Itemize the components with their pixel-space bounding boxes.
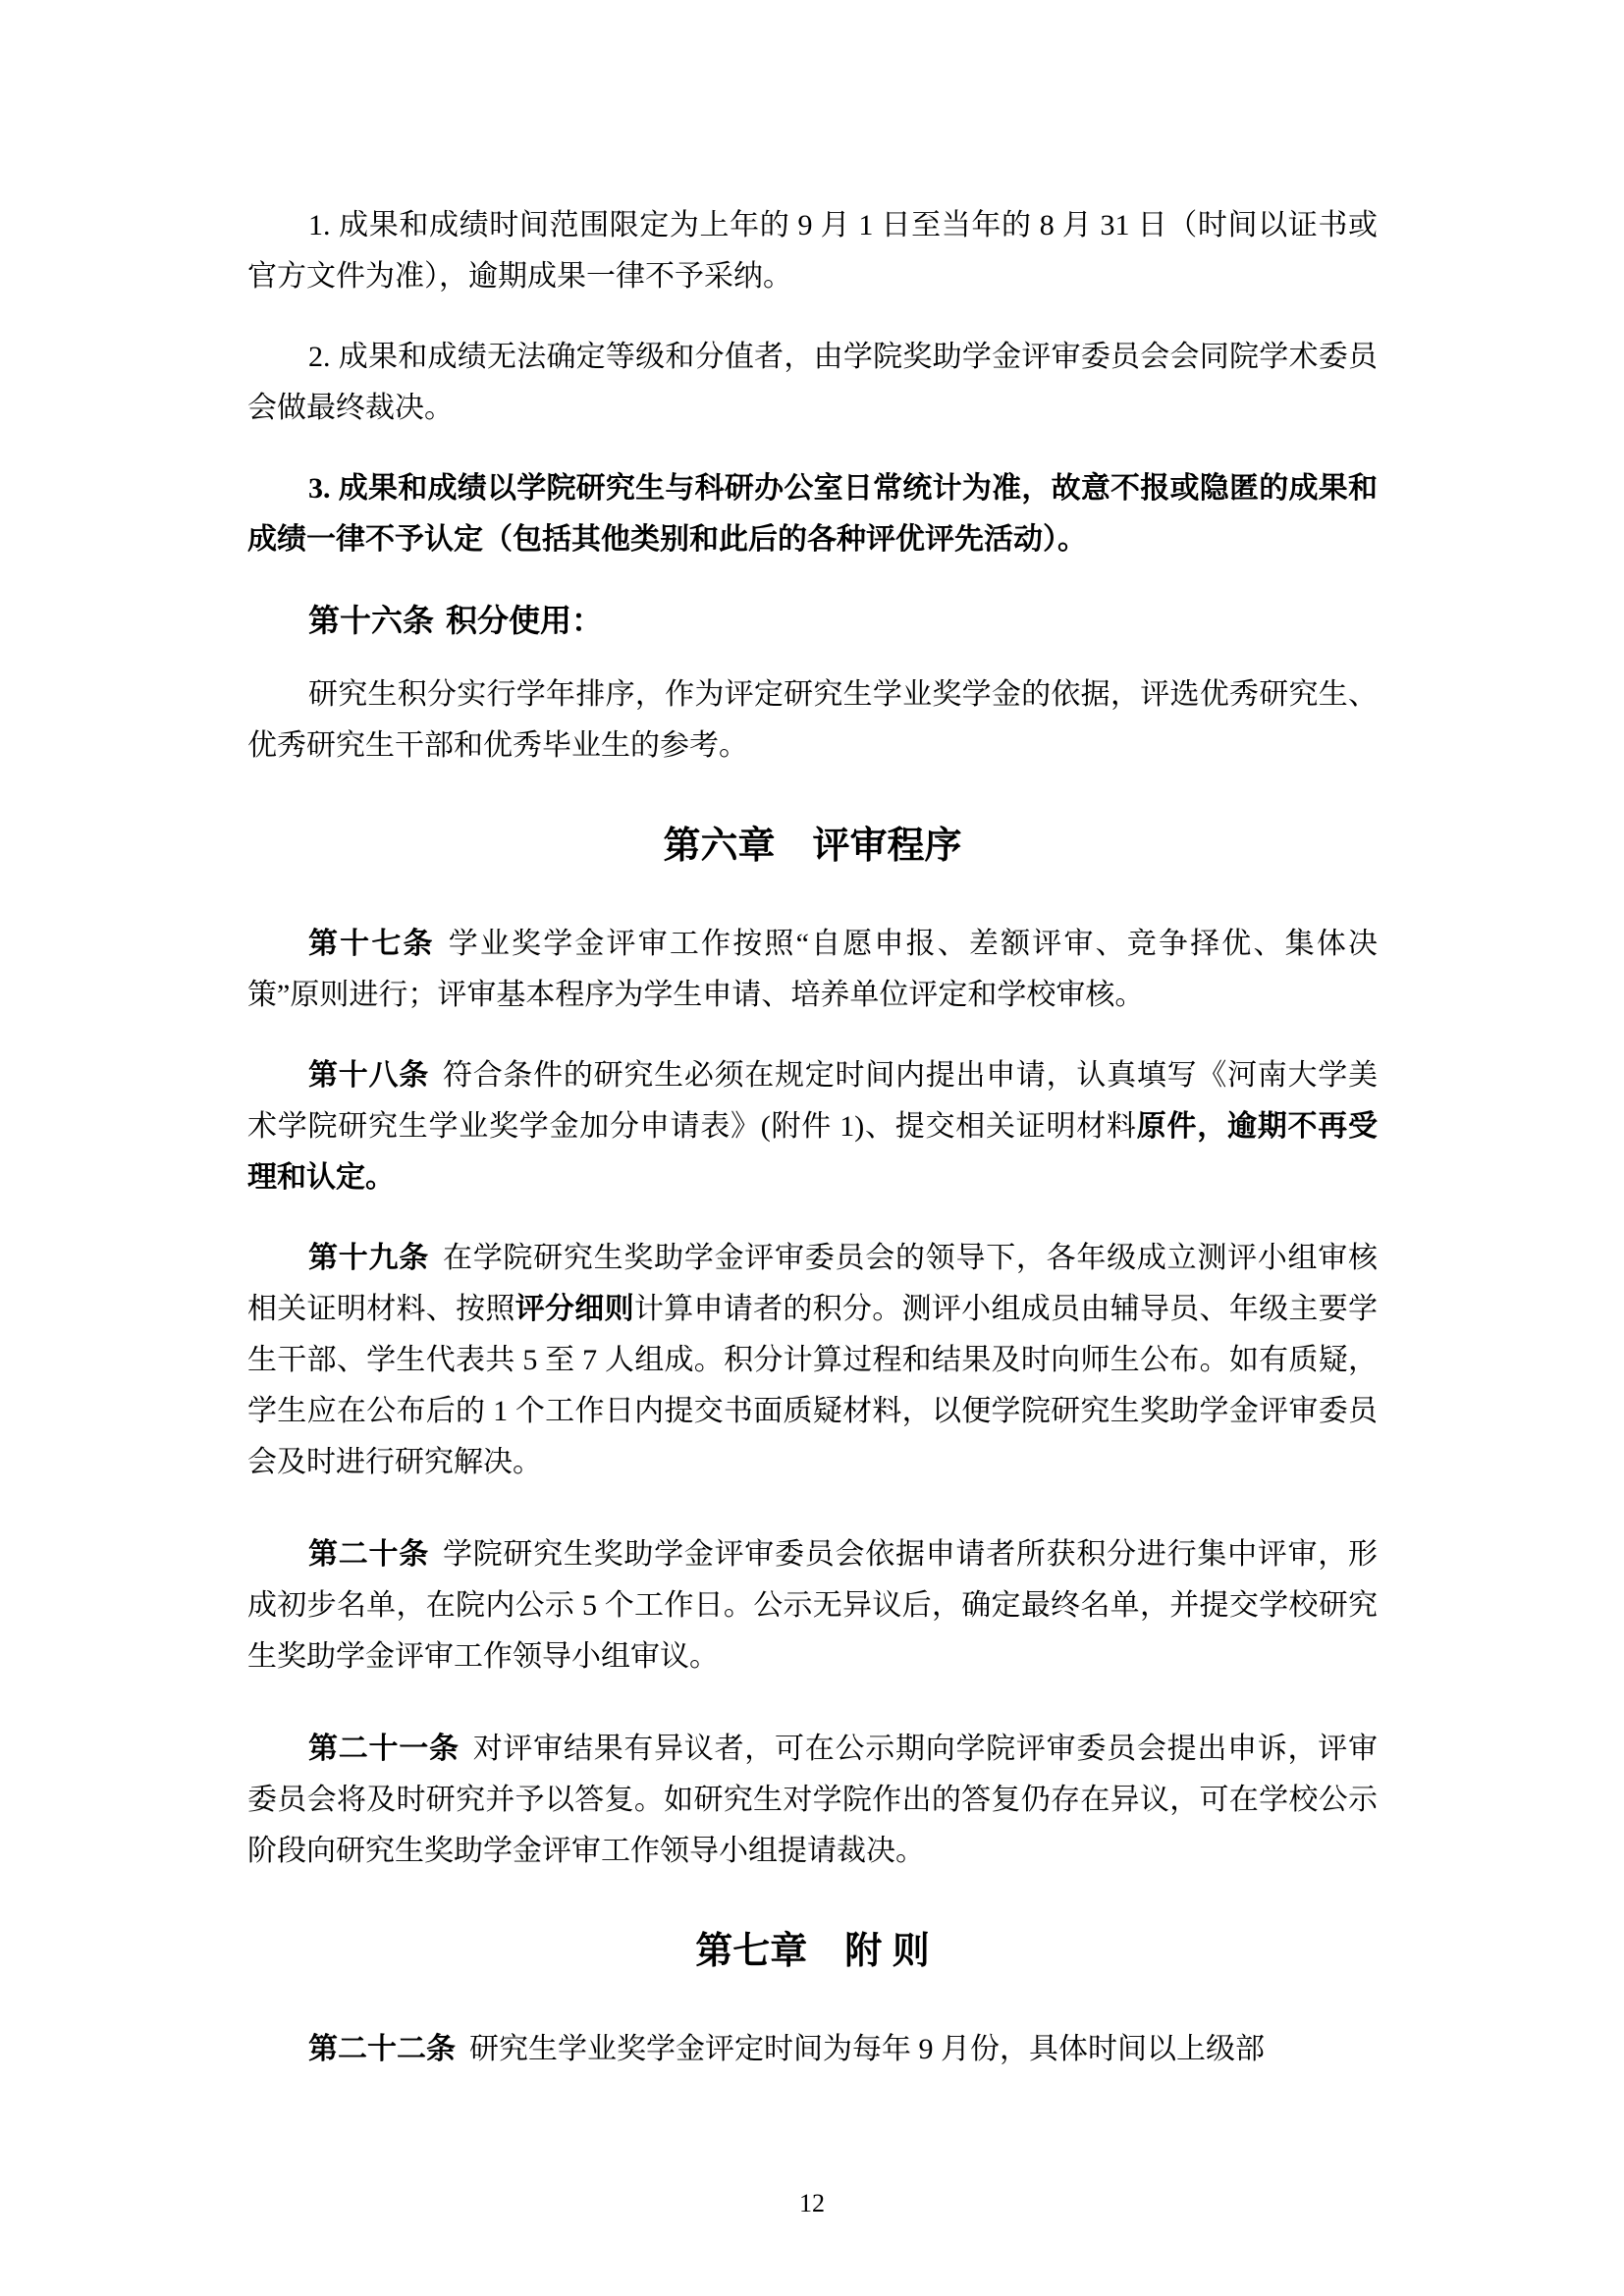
document-page: 1.成果和成绩时间范围限定为上年的 9 月 1 日至当年的 8 月 31 日（时… — [0, 0, 1624, 2296]
clause-2: 2.成果和成绩无法确定等级和分值者，由学院奖助学金评审委员会会同院学术委员会做最… — [247, 332, 1378, 434]
article-16-title: 积分使用： — [446, 603, 603, 638]
article-17: 第十七条学业奖学金评审工作按照“自愿申报、差额评审、竞争择优、集体决策”原则进行… — [247, 919, 1378, 1021]
clause-text: 成果和成绩无法确定等级和分值者，由学院奖助学金评审委员会会同院学术委员会做最终裁… — [247, 341, 1378, 424]
article-19: 第十九条在学院研究生奖助学金评审委员会的领导下，各年级成立测评小组审核相关证明材… — [247, 1233, 1378, 1488]
chapter-7-heading: 第七章附 则 — [247, 1924, 1378, 1979]
clause-1: 1.成果和成绩时间范围限定为上年的 9 月 1 日至当年的 8 月 31 日（时… — [247, 200, 1378, 302]
article-21: 第二十一条对评审结果有异议者，可在公示期向学院评审委员会提出申诉，评审委员会将及… — [247, 1724, 1378, 1877]
article-18-label: 第十八条 — [308, 1059, 429, 1092]
article-18: 第十八条符合条件的研究生必须在规定时间内提出申请，认真填写《河南大学美术学院研究… — [247, 1050, 1378, 1203]
article-21-label: 第二十一条 — [308, 1733, 460, 1765]
clause-number: 1. — [308, 209, 331, 241]
article-22: 第二十二条研究生学业奖学金评定时间为每年 9 月份，具体时间以上级部 — [247, 2024, 1378, 2075]
article-16-label: 第十六条 — [308, 603, 434, 638]
article-20: 第二十条学院研究生奖助学金评审委员会依据申请者所获积分进行集中评审，形成初步名单… — [247, 1529, 1378, 1682]
chapter-6-title: 评审程序 — [813, 826, 962, 867]
article-16-body: 研究生积分实行学年排序，作为评定研究生学业奖学金的依据，评选优秀研究生、优秀研究… — [247, 669, 1378, 772]
clause-3: 3.成果和成绩以学院研究生与科研办公室日常统计为准，故意不报或隐匿的成果和成绩一… — [247, 463, 1378, 565]
clause-text: 成果和成绩以学院研究生与科研办公室日常统计为准，故意不报或隐匿的成果和成绩一律不… — [247, 472, 1378, 556]
article-22-text: 研究生学业奖学金评定时间为每年 9 月份，具体时间以上级部 — [469, 2033, 1265, 2065]
article-19-bold-text: 评分细则 — [515, 1293, 634, 1325]
clause-text: 成果和成绩时间范围限定为上年的 9 月 1 日至当年的 8 月 31 日（时间以… — [247, 209, 1378, 293]
article-22-label: 第二十二条 — [308, 2033, 456, 2065]
article-20-label: 第二十条 — [308, 1538, 429, 1571]
chapter-6-number: 第六章 — [663, 826, 775, 867]
article-17-label: 第十七条 — [308, 928, 435, 960]
chapter-6-heading: 第六章评审程序 — [247, 819, 1378, 874]
page-number: 12 — [0, 2189, 1624, 2218]
article-16-heading: 第十六条积分使用： — [247, 595, 1378, 646]
article-16-text: 研究生积分实行学年排序，作为评定研究生学业奖学金的依据，评选优秀研究生、优秀研究… — [247, 678, 1378, 762]
article-19-label: 第十九条 — [308, 1242, 429, 1274]
clause-number: 3. — [308, 472, 331, 505]
chapter-7-title: 附 则 — [844, 1931, 930, 1972]
chapter-7-number: 第七章 — [695, 1931, 807, 1972]
clause-number: 2. — [308, 341, 331, 373]
document-content: 1.成果和成绩时间范围限定为上年的 9 月 1 日至当年的 8 月 31 日（时… — [247, 200, 1378, 2105]
